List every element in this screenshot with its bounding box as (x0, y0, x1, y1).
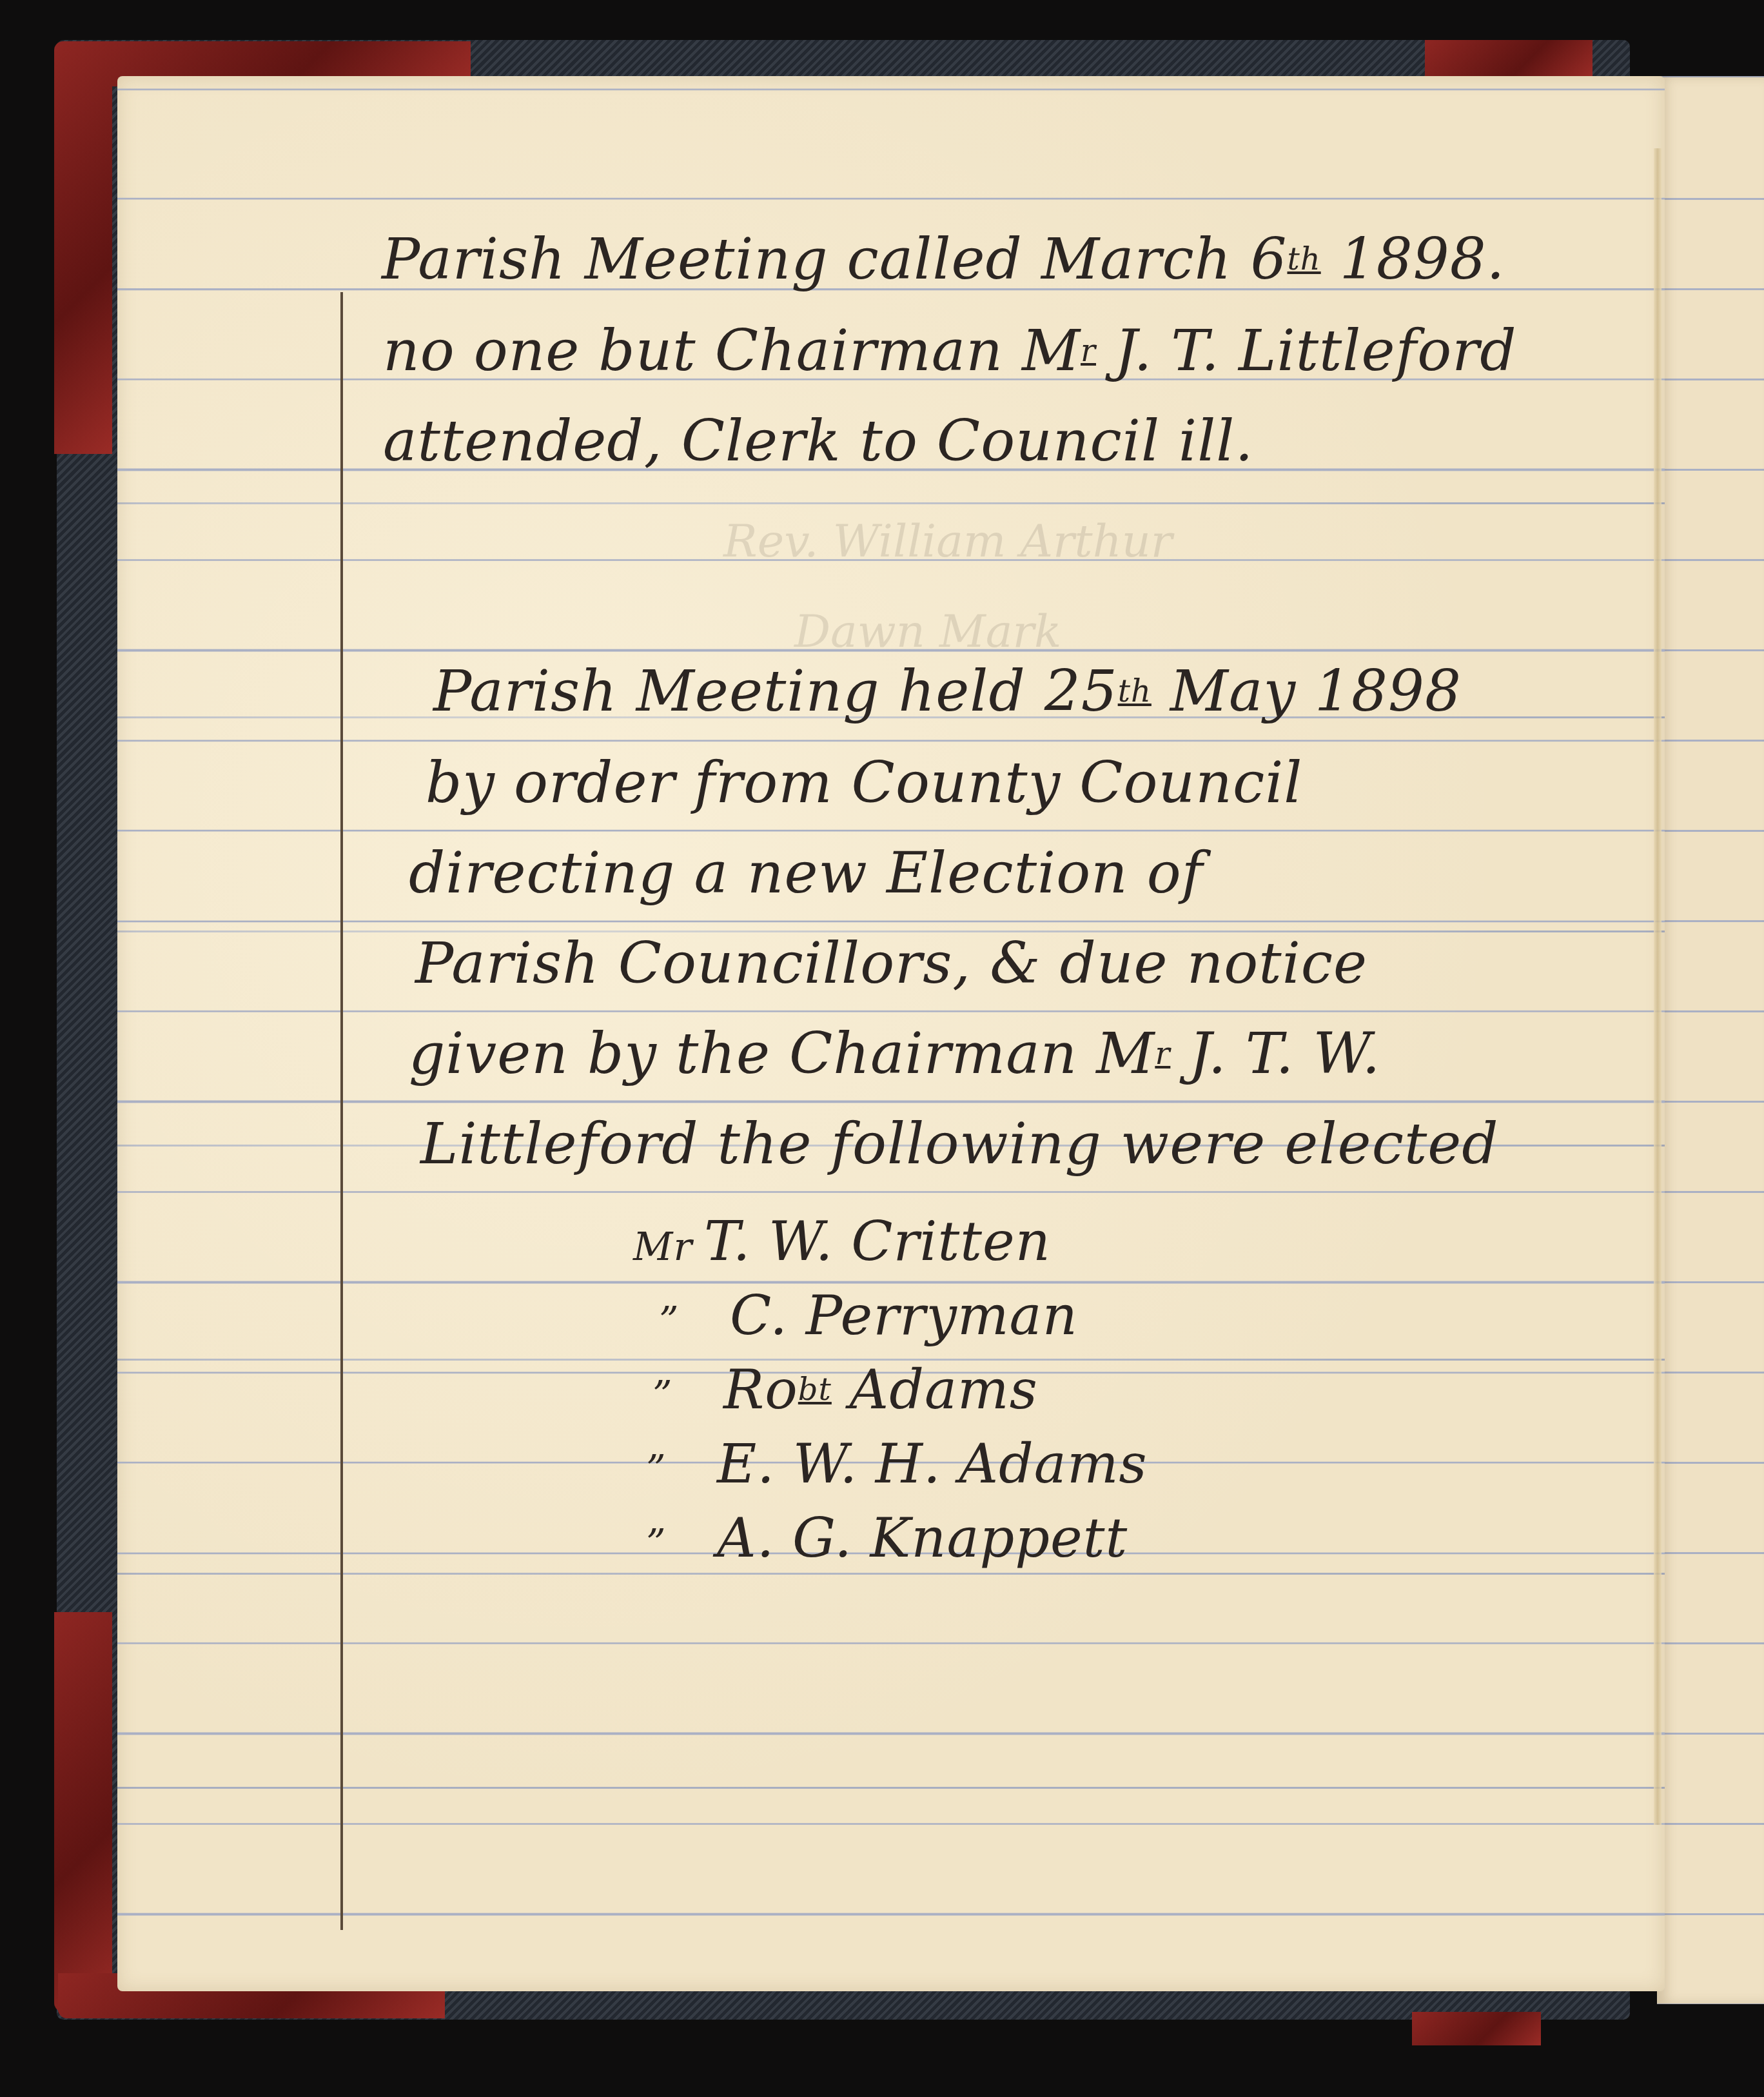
entry1-year: 1898. (1321, 226, 1505, 292)
list-item: ”Robt Adams (652, 1363, 1038, 1423)
leather-spine-bottom (1412, 2012, 1541, 2045)
councillor-name: T. W. Critten (704, 1210, 1051, 1273)
entry2-line3: directing a new Election of (409, 845, 1203, 901)
councillor-name: Ro (723, 1358, 798, 1421)
entry2-line4: Parish Councillors, & due notice (415, 935, 1367, 992)
leather-spine-top (1425, 40, 1592, 79)
ditto-mark: ” (659, 1294, 730, 1348)
abbrev-suffix: bt (798, 1372, 832, 1408)
title-abbrev-suffix: r (1155, 1036, 1170, 1072)
councillor-surname: Adams (832, 1358, 1038, 1421)
title-prefix: Mr (633, 1220, 704, 1274)
ditto-mark: ” (646, 1442, 717, 1497)
entry1-line2-text: no one but Chairman M (383, 317, 1081, 384)
facing-page-edge (1657, 76, 1764, 2004)
leather-corner-left-lower (54, 1612, 112, 2012)
entry1-line2: no one but Chairman Mr J. T. Littleford (383, 322, 1517, 379)
leather-corner-left-upper (54, 41, 112, 454)
list-item: ”C. Perryman (659, 1288, 1078, 1348)
entry2-date: May 1898 (1151, 658, 1462, 724)
chairman-initials: J. T. W. (1170, 1020, 1380, 1087)
ordinal-suffix: th (1118, 673, 1151, 709)
entry1-heading-text: Parish Meeting called March 6 (382, 226, 1287, 292)
binding-thread (1654, 148, 1661, 1825)
councillor-name: E. W. H. Adams (717, 1432, 1148, 1495)
entry2-line5: given by the Chairman Mr J. T. W. (409, 1025, 1380, 1082)
entry1-line1: Parish Meeting called March 6th 1898. (382, 231, 1505, 288)
list-item: ”E. W. H. Adams (646, 1437, 1148, 1497)
councillor-name: C. Perryman (730, 1284, 1078, 1347)
list-item: ”A. G. Knappett (646, 1511, 1128, 1571)
entry2-heading-text: Parish Meeting held 25 (433, 658, 1118, 724)
entry2-line2: by order from County Council (426, 754, 1303, 811)
entry2-line1: Parish Meeting held 25th May 1898 (433, 663, 1462, 720)
notebook-page: Rev. William Arthur Dawn Mark Parish Mee… (117, 76, 1665, 1991)
chairman-name: J. T. Littleford (1096, 317, 1517, 384)
ditto-mark: ” (652, 1368, 723, 1423)
title-abbrev-suffix: r (1081, 333, 1096, 369)
entry2-line5-text: given by the Chairman M (409, 1020, 1155, 1087)
margin-rule (340, 292, 343, 1930)
councillor-name: A. G. Knappett (717, 1506, 1128, 1570)
entry2-line6: Littleford the following were elected (420, 1116, 1499, 1172)
bleed-through-text: Dawn Mark (794, 605, 1061, 658)
entry1-line3: attended, Clerk to Council ill. (383, 413, 1253, 469)
ordinal-suffix: th (1287, 241, 1320, 277)
bleed-through-text: Rev. William Arthur (723, 515, 1172, 567)
ditto-mark: ” (646, 1517, 717, 1571)
list-item: MrT. W. Critten (633, 1214, 1051, 1274)
